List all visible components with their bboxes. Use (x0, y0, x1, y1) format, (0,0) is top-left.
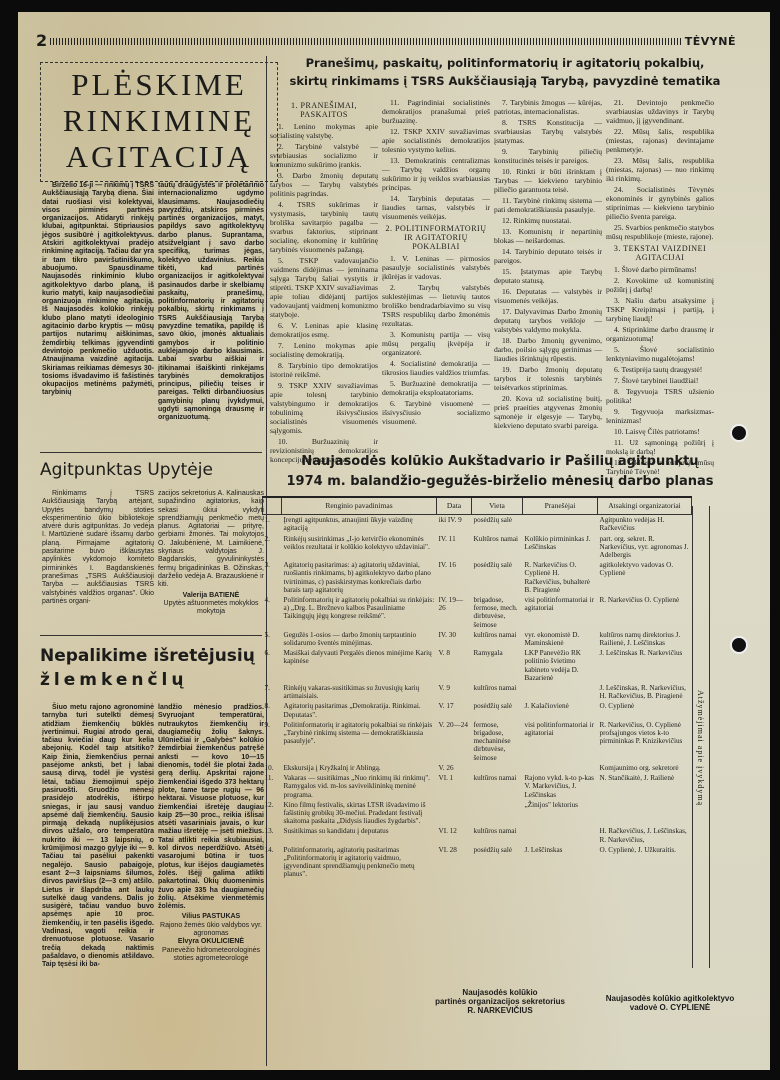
zlemkenciai-col-2: landžio mėnesio pradžios. Svyruojant tem… (158, 704, 264, 963)
topic-item: 7. Tarybinis žmogus — kūrėjas, patriotas… (494, 98, 602, 116)
tematika-title-line: Pranešimų, paskaitų, politinformatorių i… (270, 56, 740, 70)
table-row: 4.Politinformatorių ir agitatorių pokalb… (263, 595, 692, 630)
cell-place: kultūros namai (472, 683, 523, 701)
signature-secretary: Naujasodės kolūkio partinės organizacijo… (410, 988, 590, 1015)
topic-item: 7. Šlovė tarybinei liaudžiai! (606, 376, 714, 385)
topic-item: 6. Tarybinė visuomenė — išsivysčiusio so… (382, 399, 490, 426)
cell-organizers: Komjaunimo org. sekretorė (598, 763, 692, 773)
cell-speakers: „Žinijos" lektorius (523, 800, 598, 827)
topic-item: 7. Lenino mokymas apie socialistinę demo… (270, 341, 378, 359)
cell-name: Agitatorių pasitarimas: a) agitatorių už… (282, 560, 437, 595)
divider (40, 452, 262, 453)
cell-date: IV. 30 (437, 630, 472, 648)
table-row: 1.Įrengti agitpunktus, atnaujinti ūkyje … (263, 515, 692, 534)
topic-item: 9. TSKP XXIV suvažiavimas apie tolesnį t… (270, 381, 378, 435)
cell-organizers: O. Cyplienė (598, 701, 692, 719)
cell-no: 3. (263, 560, 282, 595)
cell-place (472, 763, 523, 773)
table-row: 5.Gegužės 1-osios — darbo žmonių tarptau… (263, 630, 692, 648)
cell-speakers: visi politinformatoriai ir agitatoriai (523, 595, 598, 630)
cell-place: brigadose, fermose, mech. dirbtuvėse, še… (472, 595, 523, 630)
cell-date: V. 8 (437, 648, 472, 683)
cell-name: Politinformatorių, agitatorių pasitarima… (282, 845, 437, 880)
topic-item: 12. TSKP XXIV suvažiavimas apie socialis… (382, 127, 490, 154)
col-header: Vieta (472, 497, 523, 515)
section-heading: 2. POLITINFORMATORIŲ IR AGITATORIŲ POKAL… (382, 224, 490, 251)
cell-speakers: J. Leščinskas (523, 845, 598, 880)
topic-item: 9. Tarybinių piliečių konstitucinės teis… (494, 147, 602, 165)
topic-item: 17. Dalyvavimas Darbo žmonių deputatų ta… (494, 307, 602, 334)
table-row: 2.Rinkėjų susirinkimas „I-jo ketvirčio e… (263, 534, 692, 561)
table-row: 6.Masiškai dalyvauti Pergalės dienos min… (263, 648, 692, 683)
topic-item: 14. Tarybinio deputato teisės ir pareigo… (494, 247, 602, 265)
topic-item: 11. Tarybinė rinkimų sistema — pati demo… (494, 196, 602, 214)
topic-item: 3. Našiu darbu atsakysime į TSKP Kreipim… (606, 296, 714, 323)
cell-date: IV. 16 (437, 560, 472, 595)
cell-speakers (523, 826, 598, 844)
tematika-col-3: 7. Tarybinis žmogus — kūrėjas, patriotas… (494, 98, 602, 432)
section-heading: 3. TEKSTAI VAIZDINEI AGITACIJAI (606, 244, 714, 262)
author-name: Vilius PASTUKAS (158, 913, 264, 921)
author-role: Upytės aštuonmetės mokyklos mokytoja (158, 600, 264, 617)
cell-speakers (523, 683, 598, 701)
topic-item: 13. Demokratinis centralizmas — Tarybų v… (382, 156, 490, 192)
cell-no: 9. (263, 720, 282, 763)
cell-organizers: J. Leščinskas, R. Narkevičius, H. Račkev… (598, 683, 692, 701)
page-number: 2 (36, 34, 47, 48)
cell-organizers: R. Narkevičius, O. Cyplienė profsąjungos… (598, 720, 692, 763)
author-role: Panevėžio hidrometeorologinės stoties ag… (158, 947, 264, 964)
plan-table: Renginio pavadinimas Data Vieta Pranešėj… (262, 496, 692, 880)
editorial-title-line: RINKIMINĘ (41, 103, 277, 139)
cell-speakers: visi politinformatoriai ir agitatoriai (523, 720, 598, 763)
col-header: Atsakingi organizatoriai (598, 497, 692, 515)
author-name: Valerija BATIENĖ (158, 592, 264, 600)
cell-speakers: R. Narkevičius O. Cyplienė H. Račkevičiu… (523, 560, 598, 595)
editorial-col-1: Birželio 16-ji — rinkimų į TSRS Aukščiau… (42, 182, 154, 398)
zlemkenciai-col-2-text: landžio mėnesio pradžios. Svyruojant tem… (158, 704, 264, 911)
tematika-col-1: 1. PRANEŠIMAI, PASKAITOS 1. Lenino mokym… (270, 98, 378, 466)
cell-place: posėdžių salė (472, 701, 523, 719)
table-row: 11.Vakaras — susitikimas „Nuo rinkimų ik… (263, 773, 692, 800)
cell-organizers: Agitpunkto vedėjas H. Račkevičius (598, 515, 692, 534)
table-row: 9.Politinformatorių ir agitatorių pokalb… (263, 720, 692, 763)
cell-name: Rinkėjų vakaras-susitikimas su žuvusiųjų… (282, 683, 437, 701)
topic-item: 18. Darbo žmonių gyvenimo, darbo, poilsi… (494, 336, 602, 363)
agitpunktas-title: Agitpunktas Upytėje (40, 460, 262, 480)
zlemkenciai-col-1: Šiuo metu rajono agronominė tarnyba turi… (42, 704, 154, 970)
cell-name: Kino filmų festivalis, skirtas LTSR išva… (282, 800, 437, 827)
cell-place: kultūros namai (472, 630, 523, 648)
cell-organizers: O. Cyplienė, J. Užkuraitis. (598, 845, 692, 880)
cell-no: 11. (263, 773, 282, 800)
cell-no: 8. (263, 701, 282, 719)
signature-line: Naujasodės kolūkio (410, 988, 590, 997)
cell-place: Kultūros namai (472, 534, 523, 561)
topic-item: 9. Tegyvuoja marksizmas-leninizmas! (606, 407, 714, 425)
punch-hole (730, 424, 748, 442)
cell-date: VI. 12 (437, 826, 472, 844)
cell-organizers: kultūros namų direktorius J. Railienė, J… (598, 630, 692, 648)
cell-place: kultūros namai (472, 773, 523, 800)
topic-item: 2. Kovokime už komunistinį požiūrį į dar… (606, 276, 714, 294)
cell-speakers (523, 763, 598, 773)
cell-date (437, 800, 472, 827)
cell-date: VI. 1 (437, 773, 472, 800)
editorial-title-line: AGITACIJĄ (41, 139, 277, 175)
topic-item: 21. Devintojo penkmečio svarbiausias užd… (606, 98, 714, 125)
cell-organizers: part. org. sekret. R. Narkevičius, vyr. … (598, 534, 692, 561)
cell-no: 5. (263, 630, 282, 648)
topic-item: 10. Rinkti ir būti išrinktam į Tarybas —… (494, 167, 602, 194)
cell-place: kultūros namai (472, 826, 523, 844)
cell-name: Politinformatorių ir agitatorių pokalbia… (282, 720, 437, 763)
topic-item: 10. Laisvę Čilės patriotams! (606, 427, 714, 436)
plan-title-line: Naujasodės kolūkio Aukštadvario ir Pašil… (270, 454, 730, 469)
topic-item: 16. Deputatas — valstybės ir visuomenės … (494, 287, 602, 305)
cell-date: VI. 28 (437, 845, 472, 880)
table-row: 12.Kino filmų festivalis, skirtas LTSR i… (263, 800, 692, 827)
cell-place: posėdžių salė (472, 515, 523, 534)
topic-item: 6. Testiprėja tautų draugystė! (606, 365, 714, 374)
topic-item: 8. TSRS Konstitucija — svarbiausias Tary… (494, 118, 602, 145)
signature-line: vadovė O. CYPLIENĖ (590, 1003, 750, 1012)
topic-item: 5. Šlovė socialistinio lenktyniavimo nug… (606, 345, 714, 363)
cell-organizers (598, 800, 692, 827)
cell-no: 1. (263, 515, 282, 534)
topic-item: 25. Svarbios penkmečio statybos mūsų res… (606, 223, 714, 241)
topic-item: 4. Socialistinė demokratija — tikrosios … (382, 359, 490, 377)
cell-organizers: H. Račkevičius, J. Leščinskas, R. Narkev… (598, 826, 692, 844)
divider (40, 635, 262, 636)
cell-organizers: J. Leščinskas R. Narkevičius (598, 648, 692, 683)
section-heading: 1. PRANEŠIMAI, PASKAITOS (270, 101, 378, 119)
cell-place (472, 800, 523, 827)
signature-line: partinės organizacijos sekretorius (410, 997, 590, 1006)
plan-title-line: 1974 m. balandžio-gegužės-birželio mėnes… (270, 474, 730, 489)
author-role: Rajono žemės ūkio valdybos vyr. agronoma… (158, 922, 264, 939)
col-header: Pranešėjai (523, 497, 598, 515)
editorial-title-box: PLĖSKIME RINKIMINĘ AGITACIJĄ (40, 62, 278, 182)
cell-no: 4. (263, 595, 282, 630)
topic-item: 8. Tarybinio tipo demokratijos istorinė … (270, 361, 378, 379)
cell-speakers (523, 515, 598, 534)
topic-item: 4. Stiprinkime darbo drausmę ir organizu… (606, 325, 714, 343)
col-header: Data (437, 497, 472, 515)
cell-speakers: vyr. ekonomistė D. Maminskienė (523, 630, 598, 648)
table-row: 8.Agitatorių pasitarimas „Demokratija. R… (263, 701, 692, 719)
cell-date: V. 9 (437, 683, 472, 701)
agitpunktas-col-1: Rinkimams į TSRS Aukščiausiąją Tarybą ar… (42, 490, 154, 606)
tematika-col-2: 11. Pagrindiniai socialistinės demokrati… (382, 98, 490, 428)
page-header: 2 TĖVYNĖ (36, 34, 736, 48)
topic-item: 19. Darbo žmonių deputatų tarybos ir tol… (494, 365, 602, 392)
table-row: 3.Agitatorių pasitarimas: a) agitatorių … (263, 560, 692, 595)
topic-item: 23. Mūsų šalis, respublika (miestas, raj… (606, 156, 714, 183)
col-header: Renginio pavadinimas (282, 497, 437, 515)
cell-speakers: Kolūkio pirmininkas J. Leščinskas (523, 534, 598, 561)
topic-item: 20. Kova už socialistinę buitį, prieš pr… (494, 394, 602, 430)
table-row: 13.Susitikimas su kandidatu į deputatusV… (263, 826, 692, 844)
topic-item: 1. V. Leninas — pirmosios pasaulyje soci… (382, 254, 490, 281)
topic-item: 13. Komunistų ir nepartinių blokas — nei… (494, 227, 602, 245)
cell-place: posėdžių salė (472, 845, 523, 880)
topic-item: 24. Socialistinės Tėvynės ekonominės ir … (606, 185, 714, 221)
topic-item: 4. TSRS sukūrimas ir vystymasis, tarybin… (270, 200, 378, 254)
cell-place: Ramygala (472, 648, 523, 683)
editorial-title-line: PLĖSKIME (41, 67, 277, 103)
topic-item: 3. Darbo žmonių deputatų tarybos — Taryb… (270, 171, 378, 198)
topic-item: 3. Komunistų partija — visų mūsų pergali… (382, 330, 490, 357)
topic-item: 1. Šlovė darbo pirmūnams! (606, 265, 714, 274)
cell-date: V. 17 (437, 701, 472, 719)
zlemkenciai-title-line: žlemkenčlų (40, 670, 262, 690)
author-name: Elvyra OKULICIENĖ (158, 938, 264, 946)
cell-date: IV. 11 (437, 534, 472, 561)
agitpunktas-col-2-text: zacijos sekretorius A. Kalinauskas supaž… (158, 490, 264, 590)
table-row: 7.Rinkėjų vakaras-susitikimas su žuvusių… (263, 683, 692, 701)
cell-organizers: N. Stančikaitė, J. Railienė (598, 773, 692, 800)
cell-name: Politinformatorių ir agitatorių pokalbia… (282, 595, 437, 630)
topic-item: 5. Buržuazinė demokratija — demokratija … (382, 379, 490, 397)
topic-item: 1. Lenino mokymas apie socialistinę vals… (270, 122, 378, 140)
cell-speakers: LKP Panevėžio RK politinio švietimo kabi… (523, 648, 598, 683)
cell-place: posėdžių salė (472, 560, 523, 595)
cell-name: Agitatorių pasitarimas „Demokratija. Rin… (282, 701, 437, 719)
topic-item: 8. Tegyvuoja TSRS užsienio politika! (606, 387, 714, 405)
tematika-title-line: skirtų rinkimams į TSRS Aukščiausiąją Ta… (270, 74, 740, 88)
topic-item: 5. TSKP vadovaujančio vaidmens didėjimas… (270, 256, 378, 319)
zlemkenciai-title-line: Nepalikime išretėjusių (40, 646, 262, 666)
topic-item: 14. Tarybinis deputatas — liaudies tarna… (382, 194, 490, 221)
cell-no: 13. (263, 826, 282, 844)
signature-line: Naujasodės kolūkio agitkolektyvo (590, 994, 750, 1003)
cell-date: iki IV. 9 (437, 515, 472, 534)
cell-name: Vakaras — susitikimas „Nuo rinkimų iki r… (282, 773, 437, 800)
cell-organizers: R. Narkevičius O. Cyplienė (598, 595, 692, 630)
cell-no: 14. (263, 845, 282, 880)
side-column-label: Atžymėjimai apie įvykdymą (696, 690, 705, 806)
cell-no: 12. (263, 800, 282, 827)
topic-item: 2. Tarybinė valstybė — svarbiausias soci… (270, 142, 378, 169)
editorial-col-2: tautų draugystės ir proletarinio interna… (158, 182, 264, 423)
cell-speakers: J. Kalačiovienė (523, 701, 598, 719)
cell-name: Susitikimas su kandidatu į deputatus (282, 826, 437, 844)
topic-item: 11. Pagrindiniai socialistinės demokrati… (382, 98, 490, 125)
table-row: 10.Ekskursija į Kryžkalnį ir Ablingą.V. … (263, 763, 692, 773)
cell-name: Gegužės 1-osios — darbo žmonių tarptauti… (282, 630, 437, 648)
col-header (263, 497, 282, 515)
cell-speakers: Rajono vykd. k-to p-kas V. Markevičius, … (523, 773, 598, 800)
topic-item: 6. V. Leninas apie klasinę demokratijos … (270, 321, 378, 339)
masthead: TĖVYNĖ (685, 35, 736, 48)
tematika-col-4: 21. Devintojo penkmečio svarbiausias užd… (606, 98, 714, 478)
cell-name: Įrengti agitpunktus, atnaujinti ūkyje va… (282, 515, 437, 534)
cell-name: Ekskursija į Kryžkalnį ir Ablingą. (282, 763, 437, 773)
cell-name: Masiškai dalyvauti Pergalės dienos minėj… (282, 648, 437, 683)
cell-date: IV. 19—26 (437, 595, 472, 630)
cell-date: V. 20—24 (437, 720, 472, 763)
topic-item: 22. Mūsų šalis, respublika (miestas, raj… (606, 127, 714, 154)
cell-name: Rinkėjų susirinkimas „I-jo ketvirčio eko… (282, 534, 437, 561)
cell-organizers: agitkolektyvo vadovas O. Cyplienė (598, 560, 692, 595)
header-rule (50, 38, 682, 45)
topic-item: 12. Rinkimų nuostatai. (494, 216, 602, 225)
cell-date: V. 26 (437, 763, 472, 773)
table-row: 14.Politinformatorių, agitatorių pasitar… (263, 845, 692, 880)
cell-no: 7. (263, 683, 282, 701)
cell-no: 2. (263, 534, 282, 561)
cell-no: 10. (263, 763, 282, 773)
cell-place: fermose, brigadose, mechaninėse dirbtuvė… (472, 720, 523, 763)
agitpunktas-col-2: zacijos sekretorius A. Kalinauskas supaž… (158, 490, 264, 616)
signature-line: R. NARKEVIČIUS (410, 1006, 590, 1015)
topic-item: 2. Tarybų valstybės suklestėjimas — liet… (382, 283, 490, 328)
signature-leader: Naujasodės kolūkio agitkolektyvo vadovė … (590, 994, 750, 1012)
cell-no: 6. (263, 648, 282, 683)
punch-hole (730, 636, 748, 654)
topic-item: 15. Įstatymas apie Tarybų deputato statu… (494, 267, 602, 285)
